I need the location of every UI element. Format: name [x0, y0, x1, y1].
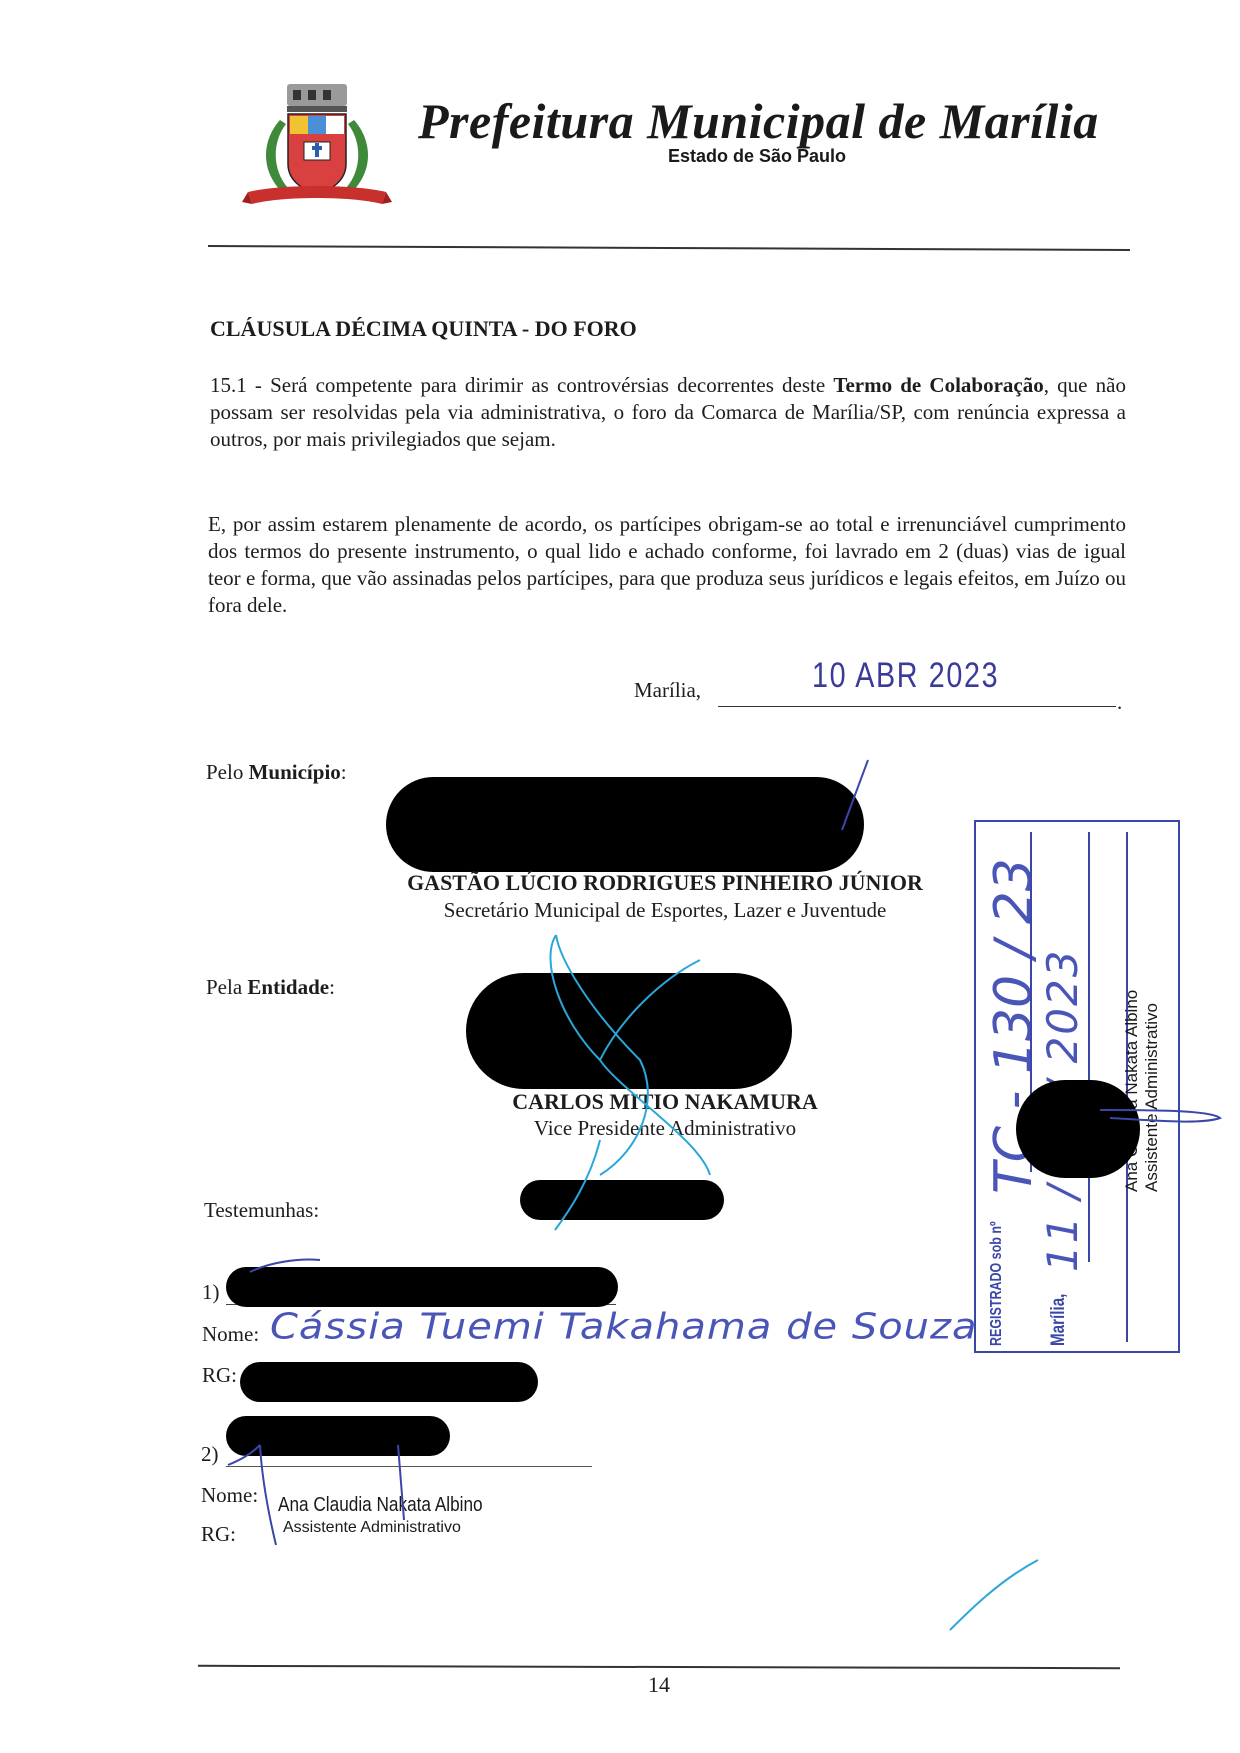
redaction-municipality-signature: [386, 777, 864, 872]
clause-paragraph: 15.1 - Será competente para dirimir as c…: [210, 372, 1126, 453]
clause-text-prefix: 15.1 - Será competente para dirimir as c…: [210, 373, 833, 397]
entity-label: Pela Entidade:: [206, 975, 335, 1000]
document-title: Prefeitura Municipal de Marília: [418, 92, 1099, 150]
date-stamp: 10 ABR 2023: [812, 656, 999, 696]
witness-1-number: 1): [202, 1280, 220, 1305]
municipality-signer-name: GASTÃO LÚCIO RODRIGUES PINHEIRO JÚNIOR: [380, 870, 950, 896]
witness-2-rg-label: RG:: [201, 1522, 236, 1547]
date-city: Marília,: [634, 678, 701, 703]
date-end: .: [1117, 690, 1122, 715]
header-divider: [208, 245, 1130, 251]
registration-line-date: [1088, 832, 1090, 1262]
registration-city: Marília,: [1048, 1294, 1070, 1346]
witness-1-name-label: Nome:: [202, 1322, 259, 1347]
label-suffix: :: [341, 760, 347, 784]
closing-paragraph: E, por assim estarem plenamente de acord…: [208, 511, 1126, 619]
municipality-label: Pelo Município:: [206, 760, 347, 785]
redaction-witness-1-signature: [226, 1267, 618, 1307]
clause-text-bold: Termo de Colaboração: [833, 373, 1043, 397]
label-bold: Entidade: [247, 975, 329, 999]
footer-divider: [198, 1665, 1120, 1669]
witness-1-handwritten-name: Cássia Tuemi Takahama de Souza: [270, 1306, 978, 1347]
clause-heading: CLÁUSULA DÉCIMA QUINTA - DO FORO: [210, 316, 637, 342]
label-prefix: Pelo: [206, 760, 249, 784]
witnesses-label: Testemunhas:: [204, 1198, 319, 1223]
witness-2-stamp-role: Assistente Administrativo: [283, 1519, 461, 1537]
registration-signer-role: Assistente Administrativo: [1142, 1003, 1162, 1192]
entity-signer-name: CARLOS MITIO NAKAMURA: [430, 1089, 900, 1115]
coat-of-arms-icon: [242, 80, 392, 212]
page-number: 14: [648, 1672, 670, 1698]
document-subtitle: Estado de São Paulo: [668, 146, 846, 167]
municipality-signer-role: Secretário Municipal de Esportes, Lazer …: [380, 898, 950, 923]
witness-2-name-label: Nome:: [201, 1483, 258, 1508]
redaction-witness-area: [520, 1180, 724, 1220]
entity-signer-role: Vice Presidente Administrativo: [430, 1116, 900, 1141]
witness-2-stamp-name: Ana Claudia Nakata Albino: [278, 1494, 483, 1517]
registration-label: REGISTRADO sob nº: [988, 1221, 1006, 1346]
redaction-witness-1-rg: [240, 1362, 538, 1402]
witness-2-signature-line: [226, 1466, 592, 1467]
redaction-registration-signature: [1016, 1080, 1140, 1178]
label-prefix: Pela: [206, 975, 247, 999]
label-suffix: :: [329, 975, 335, 999]
witness-1-rg-label: RG:: [202, 1363, 237, 1388]
label-bold: Município: [249, 760, 341, 784]
redaction-entity-signature: [466, 973, 792, 1089]
redaction-witness-2-signature: [226, 1416, 450, 1456]
date-line: [718, 706, 1116, 707]
witness-2-number: 2): [201, 1442, 219, 1467]
